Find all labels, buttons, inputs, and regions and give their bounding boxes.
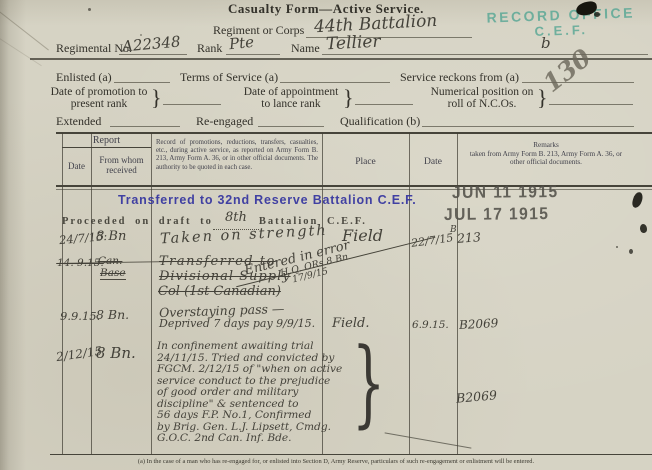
table-header-bottom-border-2 [56,189,652,190]
record-office-stamp: RECORD OFFICE C.E.F. [478,4,645,41]
promotion-label-line1: Date of promotion to [46,86,152,98]
row4-brace: } [352,336,385,431]
ink-blot [631,191,644,209]
entered-in-error-annotation: Entered in error H.Q. ORs 8 Bn 17/9/15 [243,238,356,296]
row3-date: 9.9.15. [60,309,100,323]
jul-date-stamp: JUL 17 1915 [444,204,549,225]
jun-date-stamp: JUN 11 1915 [452,182,559,203]
promotion-label-line2: present rank [46,98,152,110]
col-header-remarks: Remarks taken from Army Form B. 213, Arm… [462,141,630,167]
footer-note: (a) In the case of a man who has re-enga… [56,458,616,465]
row3-record-line2: Deprived 7 days pay 9/9/15. [159,317,315,330]
terms-label: Terms of Service (a) [180,70,278,85]
reengaged-underline [258,126,324,127]
row4-record-line9: G.O.C. 2nd Can. Inf. Bde. [157,433,362,445]
numerical-underline [549,104,633,105]
table-bottom-border [50,454,652,455]
appointment-label-line2: to lance rank [238,98,344,110]
enlisted-label: Enlisted (a) [56,70,112,85]
extended-label: Extended [56,114,101,129]
proceeded-value: 8th [225,210,247,225]
row4-record-line5: of good order and military [157,387,362,399]
regimental-no-value: A22348 [121,32,181,55]
ink-blot [594,12,600,17]
row1-from: 8 Bn [96,229,126,244]
row4-record-line3: FGCM. 2/12/15 of "when on active [157,364,362,376]
name-value: Tellier [326,32,382,55]
table-header-bottom-border [56,185,652,187]
row4-flourish-line [385,432,472,448]
reckons-underline [522,82,634,83]
table-column-line [457,133,458,455]
row1-remarks: 213 [457,229,482,246]
table-column-line [91,133,92,455]
casualty-form-document: Casualty Form—Active Service. RECORD OFF… [0,0,652,470]
name-underline [322,54,648,55]
col-header-remarks-title: Remarks [462,141,630,150]
ink-speck [616,246,618,248]
terms-underline [280,82,390,83]
table-column-line [409,133,410,455]
col-header-remarks-body: taken from Army Form B. 213, Army Form A… [462,150,630,167]
row4-record-line1: In confinement awaiting trial [157,341,362,353]
col-header-place: Place [322,157,409,167]
rank-value: Pte [228,33,255,54]
appointment-label: Date of appointment to lance rank [238,86,344,110]
row3-remarks: B2069 [459,316,499,332]
col-header-from-whom: From whom received [92,155,151,175]
promotion-underline [163,104,221,105]
transferred-stamp: Transferred to 32nd Reserve Battalion C.… [118,193,416,207]
rank-label: Rank [197,41,222,56]
proceeded-pre: Proceeded on draft to [62,216,213,227]
qualification-underline [422,126,634,127]
appointment-brace: } [343,85,354,111]
qualification-label: Qualification (b) [340,114,420,129]
regiment-label: Regiment or Corps [213,23,304,38]
ink-speck [88,8,91,11]
promotion-label: Date of promotion to present rank [46,86,152,110]
reckons-label: Service reckons from (a) [400,70,519,85]
ink-speck [629,249,633,254]
col-header-date: Date [62,161,91,171]
extended-underline [110,126,180,127]
promotion-brace: } [151,85,162,111]
appointment-underline [355,104,413,105]
col-header-record: Record of promotions, reductions, transf… [156,139,318,172]
row4-from: 8 Bn. [96,344,136,362]
numerical-label-line2: roll of N.C.Os. [426,98,538,110]
table-top-border [56,132,652,134]
table-column-line [62,133,63,455]
table-column-line [151,133,152,455]
name-label: Name [291,41,320,56]
numerical-brace: } [537,85,548,111]
col-header-date2: Date [409,157,457,167]
row2-from-line2: Base [100,267,126,280]
ink-blot [640,224,647,233]
report-header-underline [62,147,151,148]
numerical-label: Numerical position on roll of N.C.Os. [426,86,538,110]
row4-remarks: B2069 [455,387,497,406]
reengaged-label: Re-engaged [196,114,253,129]
name-note: b [541,34,551,52]
appointment-label-line1: Date of appointment [238,86,344,98]
row4-record-line7: 56 days F.P. No.1, Confirmed [157,410,362,422]
rank-underline [226,54,280,55]
row3-from: 8 Bn. [96,307,129,322]
row4-record: In confinement awaiting trial 24/11/15. … [157,341,362,445]
col-header-report: Report [62,135,151,146]
row3-date2: 6.9.15. [412,319,449,331]
enlisted-underline [114,82,170,83]
numerical-label-line1: Numerical position on [426,86,538,98]
regimental-no-underline [119,54,187,55]
